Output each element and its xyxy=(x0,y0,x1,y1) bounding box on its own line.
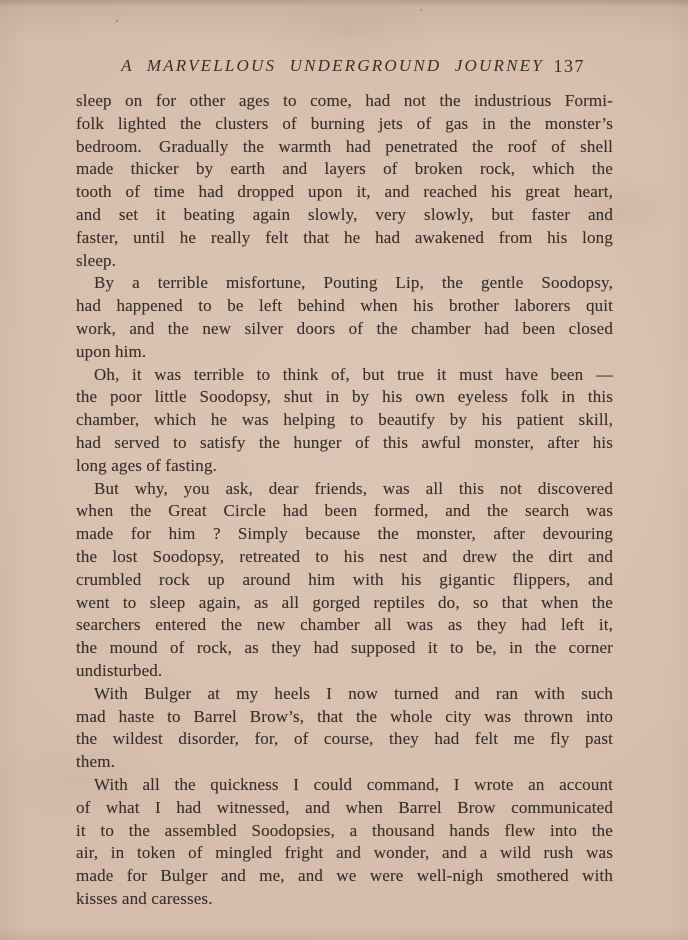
text-line: sleep on for other ages to come, had not… xyxy=(76,90,613,113)
text-line: work, and the new silver doors of the ch… xyxy=(76,318,613,341)
text-line: the mound of rock, as they had supposed … xyxy=(76,637,613,660)
text-line: when the Great Circle had been formed, a… xyxy=(76,500,613,523)
text-line: searchers entered the new chamber all wa… xyxy=(76,614,613,637)
text-line: By a terrible misfortune, Pouting Lip, t… xyxy=(76,272,613,295)
running-head: A MARVELLOUS UNDERGROUND JOURNEY 137 xyxy=(76,56,613,80)
text-line: Oh, it was terrible to think of, but tru… xyxy=(76,364,613,387)
text-line: tooth of time had dropped upon it, and r… xyxy=(76,181,613,204)
text-line: of what I had witnessed, and when Barrel… xyxy=(76,797,613,820)
text-line: the lost Soodopsy, retreated to his nest… xyxy=(76,546,613,569)
text-line: With all the quickness I could command, … xyxy=(76,774,613,797)
book-page-scan: A MARVELLOUS UNDERGROUND JOURNEY 137 sle… xyxy=(0,0,688,940)
text-line: had served to satisfy the hunger of this… xyxy=(76,432,613,455)
text-line: air, in token of mingled fright and wond… xyxy=(76,842,613,865)
running-head-title: A MARVELLOUS UNDERGROUND JOURNEY xyxy=(64,56,601,76)
text-line: With Bulger at my heels I now turned and… xyxy=(76,683,613,706)
paragraph: With all the quickness I could command, … xyxy=(76,774,613,911)
paragraph: But why, you ask, dear friends, was all … xyxy=(76,478,613,683)
text-line: made for him ? Simply because the monste… xyxy=(76,523,613,546)
text-line: kisses and caresses. xyxy=(76,888,613,911)
text-line: upon him. xyxy=(76,341,613,364)
text-line: it to the assembled Soodopsies, a thousa… xyxy=(76,820,613,843)
text-line: the wildest disorder, for, of course, th… xyxy=(76,728,613,751)
text-line: folk lighted the clusters of burning jet… xyxy=(76,113,613,136)
paragraph: Oh, it was terrible to think of, but tru… xyxy=(76,364,613,478)
text-line: made for Bulger and me, and we were well… xyxy=(76,865,613,888)
text-line: faster, until he really felt that he had… xyxy=(76,227,613,250)
text-line: made thicker by earth and layers of brok… xyxy=(76,158,613,181)
text-line: the poor little Soodopsy, shut in by his… xyxy=(76,386,613,409)
text-line: undisturbed. xyxy=(76,660,613,683)
text-line: bedroom. Gradually the warmth had penetr… xyxy=(76,136,613,159)
text-line: long ages of fasting. xyxy=(76,455,613,478)
text-line: But why, you ask, dear friends, was all … xyxy=(76,478,613,501)
text-line: crumbled rock up around him with his gig… xyxy=(76,569,613,592)
paragraph: By a terrible misfortune, Pouting Lip, t… xyxy=(76,272,613,363)
text-line: and set it beating again slowly, very sl… xyxy=(76,204,613,227)
page-number: 137 xyxy=(554,56,586,77)
paragraph: sleep on for other ages to come, had not… xyxy=(76,90,613,272)
text-line: went to sleep again, as all gorged repti… xyxy=(76,592,613,615)
text-line: chamber, which he was helping to beautif… xyxy=(76,409,613,432)
text-line: had happened to be left behind when his … xyxy=(76,295,613,318)
text-line: mad haste to Barrel Brow’s, that the who… xyxy=(76,706,613,729)
text-line: them. xyxy=(76,751,613,774)
text-line: sleep. xyxy=(76,250,613,273)
page-body: sleep on for other ages to come, had not… xyxy=(76,90,613,911)
paragraph: With Bulger at my heels I now turned and… xyxy=(76,683,613,774)
